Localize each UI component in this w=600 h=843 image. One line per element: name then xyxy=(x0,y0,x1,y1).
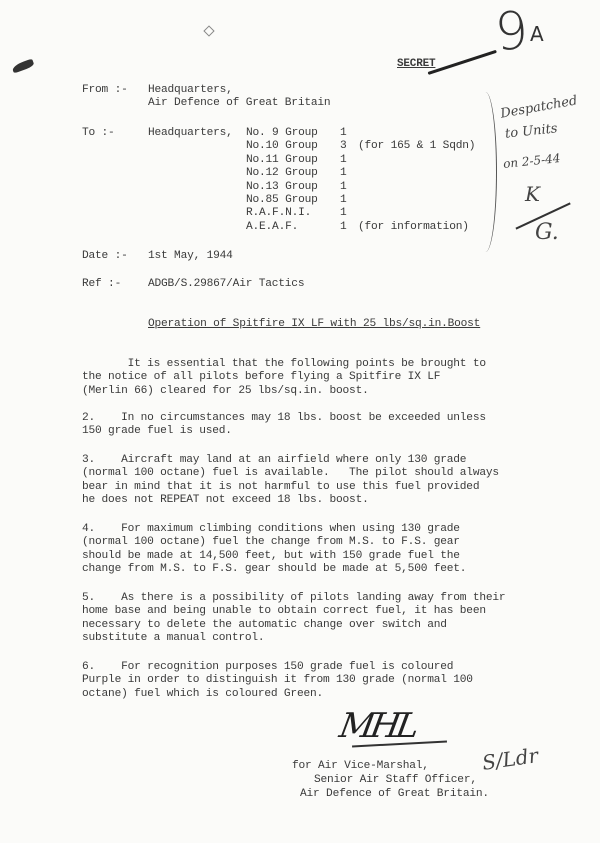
margin-brace xyxy=(478,92,497,252)
margin-note-line-2: to Units xyxy=(504,121,558,141)
paragraph-4-line: (normal 100 octane) fuel the change from… xyxy=(82,536,460,549)
signature-scrawl: MHL xyxy=(336,706,418,746)
from-label: From :- xyxy=(82,84,128,96)
recipient-copies: 1 xyxy=(340,181,347,193)
paragraph-4-line: 4. For maximum climbing conditions when … xyxy=(82,523,460,536)
to-prefix: Headquarters, xyxy=(148,127,233,139)
recipient-copies: 1 xyxy=(340,154,347,166)
folio-number: 9 xyxy=(493,1,530,63)
to-label: To :- xyxy=(82,127,115,139)
recipient-unit: No. 9 Group xyxy=(246,127,318,139)
recipient-unit: No.12 Group xyxy=(246,167,318,179)
paragraph-4-line: should be made at 14,500 feet, but with … xyxy=(82,550,460,563)
recipient-copies: 1 xyxy=(340,221,347,233)
recipient-copies: 1 xyxy=(340,194,347,206)
sign-mark: S/Ldr xyxy=(481,743,540,775)
recipient-copies: 1 xyxy=(340,127,347,139)
margin-initials-1: K xyxy=(525,182,540,206)
margin-initials-2: G. xyxy=(535,220,559,245)
paragraph-6-line: octane) fuel which is coloured Green. xyxy=(82,688,323,701)
recipient-note: (for 165 & 1 Sqdn) xyxy=(358,140,475,152)
recipient-unit: R.A.F.N.I. xyxy=(246,207,311,219)
paragraph-6-line: Purple in order to distinguish it from 1… xyxy=(82,674,473,687)
punch-mark xyxy=(11,58,34,73)
paragraph-5-line: necessary to delete the automatic change… xyxy=(82,619,447,632)
paragraph-2-line: 150 grade fuel is used. xyxy=(82,425,232,438)
signature-line-3: Air Defence of Great Britain. xyxy=(300,788,489,800)
paragraph-6-line: 6. For recognition purposes 150 grade fu… xyxy=(82,661,453,674)
subject-heading: Operation of Spitfire IX LF with 25 lbs/… xyxy=(148,318,480,330)
paragraph-3-line: (normal 100 octane) fuel is available. T… xyxy=(82,467,499,480)
paragraph-5-line: substitute a manual control. xyxy=(82,632,264,645)
date-value: 1st May, 1944 xyxy=(148,250,233,262)
ref-value: ADGB/S.29867/Air Tactics xyxy=(148,278,304,290)
from-line-2: Air Defence of Great Britain xyxy=(148,97,330,109)
ref-label: Ref :- xyxy=(82,278,121,290)
paragraph-5-line: home base and being unable to obtain cor… xyxy=(82,605,486,618)
folio-underline xyxy=(428,50,497,75)
paragraph-3-line: bear in mind that it is not harmful to u… xyxy=(82,481,479,494)
paragraph-2-line: 2. In no circumstances may 18 lbs. boost… xyxy=(82,412,486,425)
recipient-unit: A.E.A.F. xyxy=(246,221,298,233)
date-label: Date :- xyxy=(82,250,128,262)
paragraph-5-line: 5. As there is a possibility of pilots l… xyxy=(82,592,505,605)
paragraph-4-line: change from M.S. to F.S. gear should be … xyxy=(82,563,466,576)
margin-note-line-3: on 2-5-44 xyxy=(502,151,561,171)
classification-marking: SECRET xyxy=(397,58,435,70)
signature-line-2: Senior Air Staff Officer, xyxy=(314,774,477,786)
paragraph-3-line: he does not REPEAT not exceed 18 lbs. bo… xyxy=(82,494,369,507)
paragraph-1-line: the notice of all pilots before flying a… xyxy=(82,371,440,384)
paragraph-1-line: It is essential that the following point… xyxy=(82,358,486,371)
folio-letter: A xyxy=(530,22,544,46)
paragraph-3-line: 3. Aircraft may land at an airfield wher… xyxy=(82,454,466,467)
recipient-copies: 1 xyxy=(340,207,347,219)
recipient-unit: No.11 Group xyxy=(246,154,318,166)
paragraph-1-line: (Merlin 66) cleared for 25 lbs/sq.in. bo… xyxy=(82,385,369,398)
recipient-unit: No.85 Group xyxy=(246,194,318,206)
recipient-note: (for information) xyxy=(358,221,469,233)
margin-note-line-1: Despatched xyxy=(499,93,578,121)
recipient-copies: 1 xyxy=(340,167,347,179)
from-line-1: Headquarters, xyxy=(148,84,233,96)
signature-line-1: for Air Vice-Marshal, xyxy=(292,760,429,772)
recipient-unit: No.10 Group xyxy=(246,140,318,152)
stamp-mark xyxy=(203,25,214,36)
recipient-unit: No.13 Group xyxy=(246,181,318,193)
recipient-copies: 3 xyxy=(340,140,347,152)
